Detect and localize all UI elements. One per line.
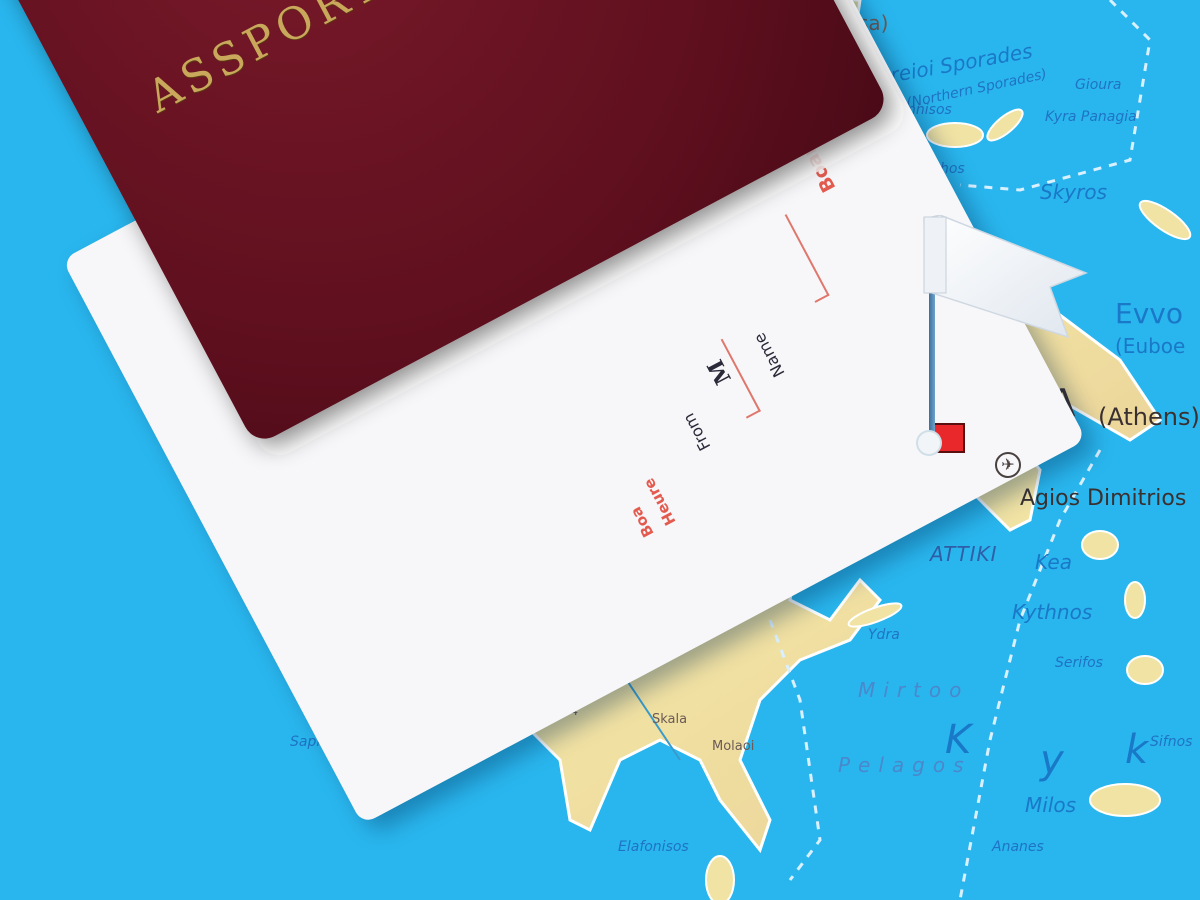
- map-label-skyros: Skyros: [1040, 182, 1107, 202]
- map-label-molaoi: Molaoi: [712, 740, 754, 753]
- map-label-kythnos: Kythnos: [1012, 602, 1092, 622]
- map-label-mirtoo: Mirtoo: [858, 680, 969, 700]
- map-label-kyk-2: y: [1040, 740, 1064, 780]
- map-label-elafonisos: Elafonisos: [618, 840, 689, 854]
- boarding-pass-from-label: From: [679, 410, 714, 454]
- map-label-skala: Skala: [652, 713, 687, 726]
- map-label-attiki: ATTIKI: [930, 544, 998, 564]
- map-label-kyk-1: K: [945, 720, 971, 760]
- map-label-athens: (Athens): [1098, 405, 1200, 429]
- map-label-agios-dimitrios: Agios Dimitrios: [1020, 488, 1186, 510]
- map-label-evvoia: Evvo: [1115, 300, 1183, 328]
- map-label-kyra-panagia: Kyra Panagia: [1045, 110, 1137, 124]
- map-label-kea: Kea: [1035, 552, 1072, 572]
- map-label-euboea: (Euboe: [1115, 336, 1185, 356]
- map-label-sifnos: Sifnos: [1150, 735, 1192, 749]
- map-label-milos: Milos: [1025, 795, 1076, 815]
- photo-scene: Larisa (Larissa) Volos Voreioi Sporades …: [0, 0, 1200, 900]
- passport-title: ASSPORT: [139, 0, 393, 123]
- airport-icon: ✈: [995, 452, 1021, 478]
- map-label-ydra: Ydra: [868, 628, 900, 642]
- boarding-pass-name-label: Name: [750, 330, 789, 381]
- map-label-kyk-3: k: [1125, 730, 1148, 770]
- map-label-serifos: Serifos: [1055, 656, 1103, 670]
- map-label-anafi: Ananes: [992, 840, 1044, 854]
- pin-base: [918, 432, 940, 454]
- boarding-pass-field-box: [772, 214, 829, 303]
- flag-pin-icon: [918, 215, 1093, 340]
- map-label-gioura: Gioura: [1075, 78, 1122, 92]
